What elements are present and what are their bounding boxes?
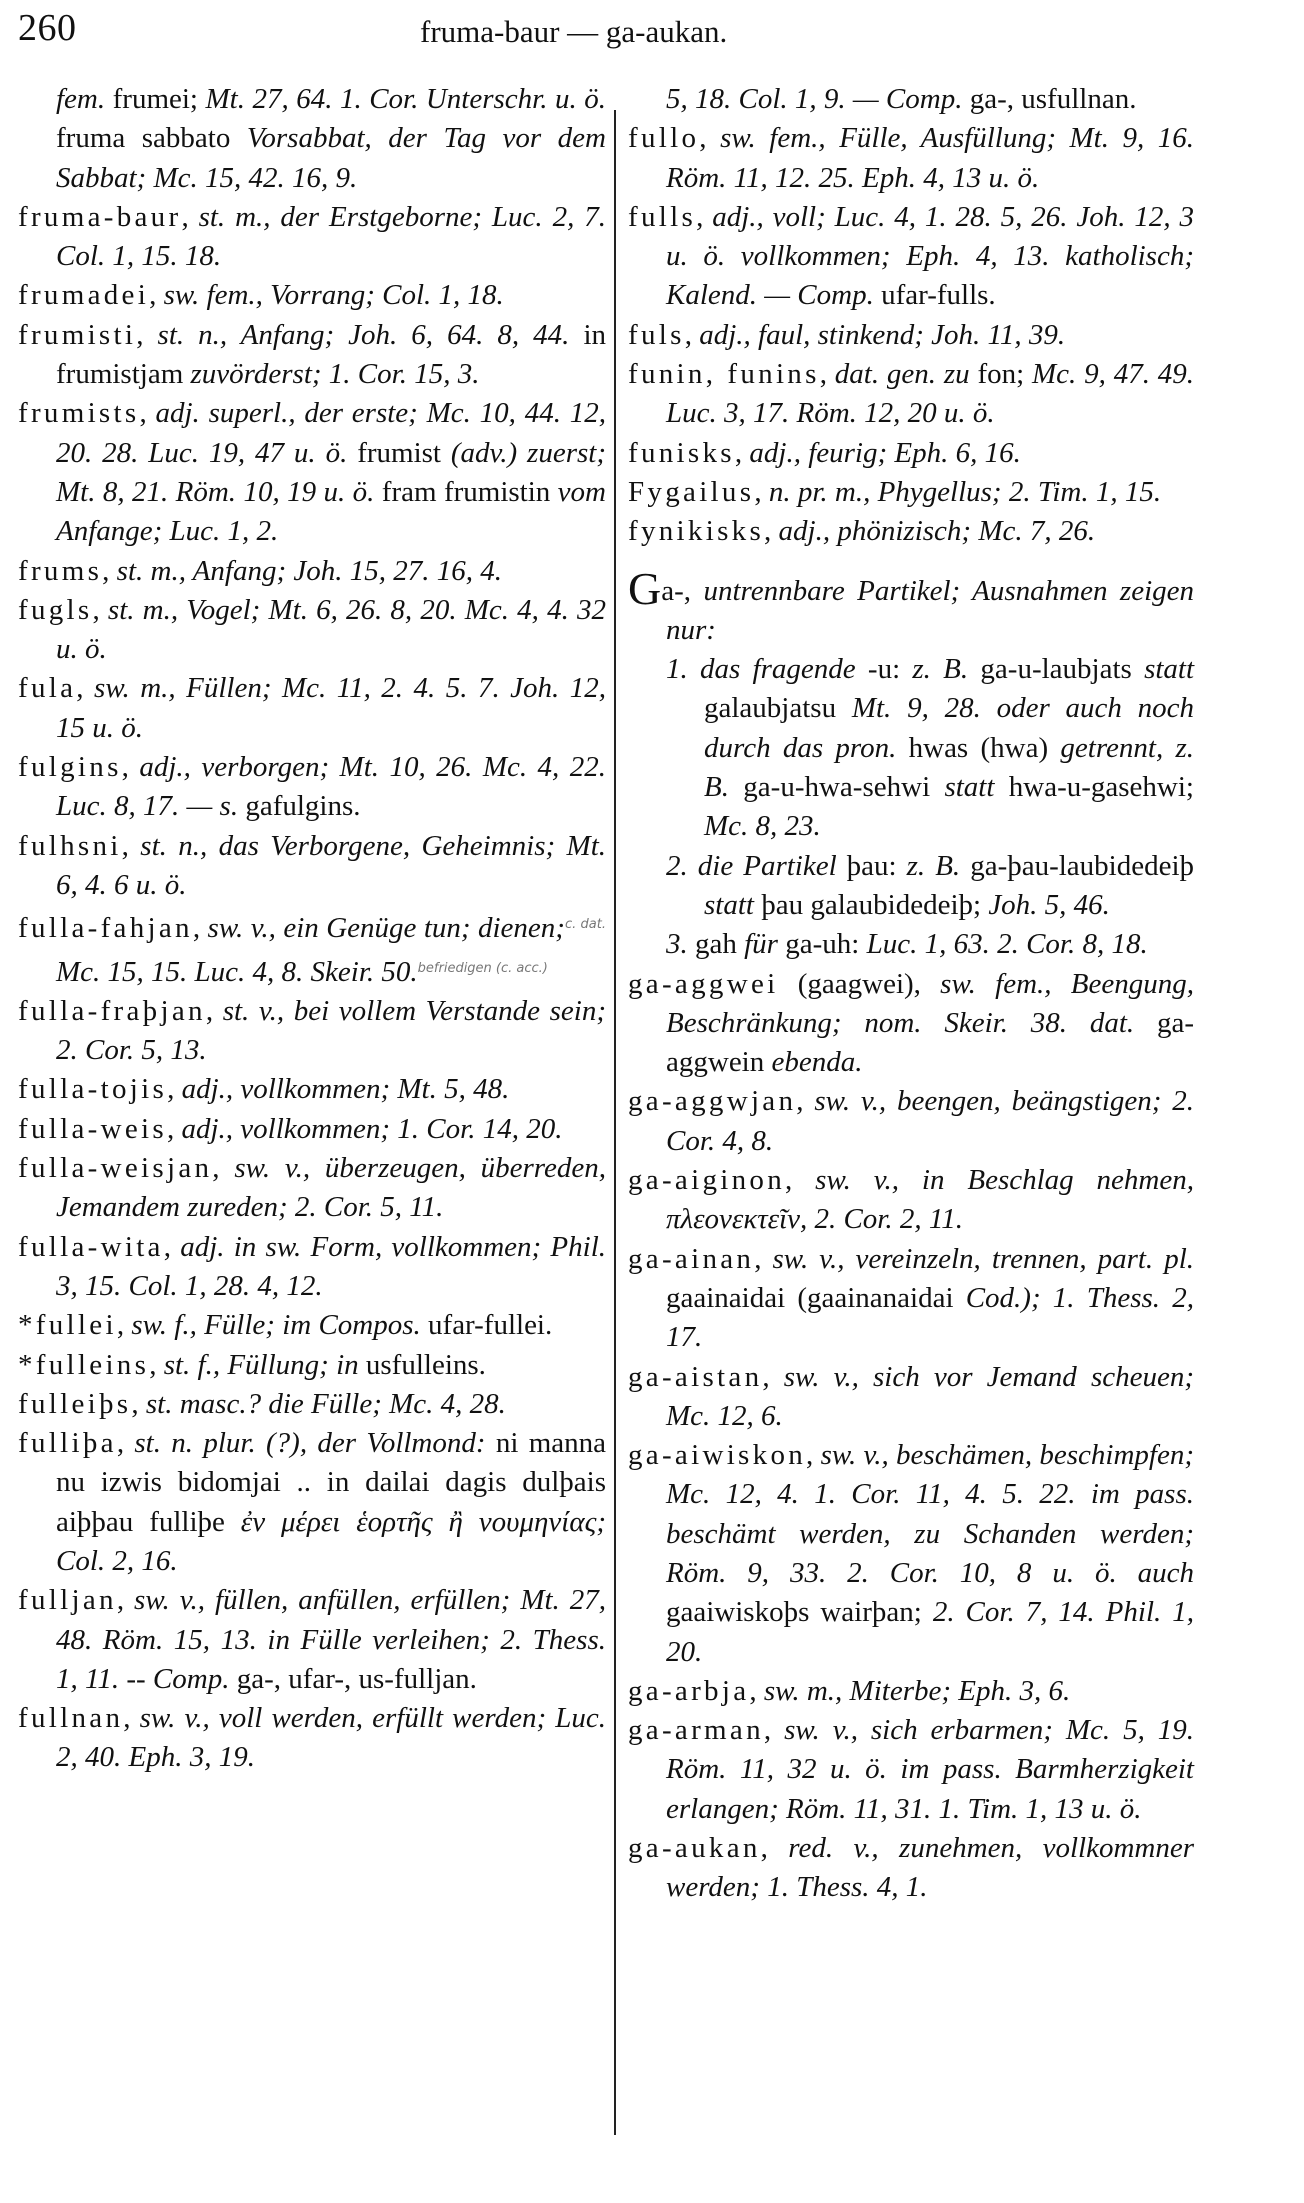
text-roman: usfulleins.: [359, 1349, 486, 1381]
text-roman: ,: [102, 555, 117, 587]
headword: fulla-weisjan: [18, 1152, 212, 1184]
definition-italic: adj., feurig; Eph. 6, 16.: [749, 437, 1020, 469]
subitem-number: 1.: [666, 653, 688, 685]
definition-italic: st. masc.? die Fülle; Mc. 4, 28.: [146, 1388, 506, 1420]
headword: *fulleins: [18, 1349, 149, 1381]
dictionary-entry: fulls, adj., voll; Luc. 4, 1. 28. 5, 26.…: [628, 198, 1194, 316]
headword: ga-aiwiskon: [628, 1439, 806, 1471]
headword: fula: [18, 672, 76, 704]
text-roman: ,: [206, 995, 223, 1027]
text-roman: ,: [212, 1152, 234, 1184]
text-roman: (gaagwei),: [778, 968, 940, 1000]
dictionary-entry: fugls, st. m., Vogel; Mt. 6, 26. 8, 20. …: [18, 591, 606, 670]
headword: fynikisks: [628, 515, 764, 547]
headword: ga-aiginon: [628, 1164, 785, 1196]
text-roman: fon;: [970, 358, 1032, 390]
text-roman: fruma sabbato: [56, 122, 247, 154]
definition-italic: Mt. 27, 64. 1. Cor. Unterschr. u. ö.: [205, 83, 606, 115]
dictionary-entry: fula, sw. m., Füllen; Mc. 11, 2. 4. 5. 7…: [18, 669, 606, 748]
dictionary-entry: *fullei, sw. f., Fülle; im Compos. ufar-…: [18, 1306, 606, 1345]
definition-italic: die Partikel: [698, 850, 837, 882]
text-roman: ,: [93, 594, 108, 626]
dictionary-entry: *fulleins, st. f., Füllung; in usfullein…: [18, 1346, 606, 1385]
ga-lead: a-,: [661, 575, 703, 607]
text-roman: fram frumistin: [374, 476, 557, 508]
text-roman: ,: [764, 515, 779, 547]
text-roman: ga-, usfullnan.: [962, 83, 1136, 115]
ga-subitem: 2. die Partikel þau: z. B. ga-þau-laubid…: [628, 847, 1194, 926]
text-roman: ,: [696, 201, 712, 233]
headword: fullo: [628, 122, 699, 154]
dictionary-entry: fulhsni, st. n., das Verborgene, Geheimn…: [18, 827, 606, 906]
text-roman: ga-þau-laubidedeiþ: [960, 850, 1194, 882]
definition-italic: z. B.: [907, 850, 961, 882]
text-roman: ,: [139, 397, 155, 429]
headword: ga-aukan: [628, 1832, 761, 1864]
text-roman: ,: [754, 476, 769, 508]
text-roman: ,: [167, 1113, 182, 1145]
right-column: 5, 18. Col. 1, 9. — Comp. ga-, usfullnan…: [628, 80, 1194, 1908]
definition-italic: Mc. 8, 23.: [704, 810, 821, 842]
dictionary-entry: frumists, adj. superl., der erste; Mc. 1…: [18, 394, 606, 551]
text-roman: ,: [136, 319, 157, 351]
definition-italic: st. f., Füllung; in: [164, 1349, 359, 1381]
left-column: fem. frumei; Mt. 27, 64. 1. Cor. Untersc…: [18, 80, 606, 1778]
entries-before-g: 5, 18. Col. 1, 9. — Comp. ga-, usfullnan…: [628, 80, 1194, 552]
definition-italic: statt: [1144, 653, 1194, 685]
text-roman: ,: [131, 1388, 146, 1420]
dictionary-entry: fulla-weisjan, sw. v., überzeugen, überr…: [18, 1149, 606, 1228]
headword: fulla-fahjan: [18, 912, 193, 944]
dictionary-entry: fulla-fraþjan, st. v., bei vollem Versta…: [18, 992, 606, 1071]
text-roman: ,: [149, 1349, 164, 1381]
text-roman: -u:: [856, 653, 913, 685]
dictionary-entry: funisks, adj., feurig; Eph. 6, 16.: [628, 434, 1194, 473]
headword: fulljan: [18, 1584, 117, 1616]
definition-italic: n. pr. m., Phygellus; 2. Tim. 1, 15.: [769, 476, 1161, 508]
dictionary-entry: Fygailus, n. pr. m., Phygellus; 2. Tim. …: [628, 473, 1194, 512]
headword: ga-arman: [628, 1714, 764, 1746]
text-roman: ,: [762, 1361, 783, 1393]
text-roman: ,: [735, 437, 750, 469]
text-roman: ,: [164, 1231, 180, 1263]
subitem-number: 3.: [666, 928, 688, 960]
page-number: 260: [18, 6, 77, 50]
headword: *fullei: [18, 1309, 117, 1341]
text-roman: gafulgins.: [238, 790, 360, 822]
definition-italic: das fragende: [700, 653, 856, 685]
ga-lead-definition: untrennbare Partikel; Ausnahmen zeigen n…: [666, 575, 1194, 646]
text-roman: ,: [117, 1584, 134, 1616]
headword: frumadei: [18, 279, 149, 311]
text-roman: ,: [122, 751, 140, 783]
dictionary-entry: frumisti, st. n., Anfang; Joh. 6, 64. 8,…: [18, 316, 606, 395]
headword: frumists: [18, 397, 139, 429]
ga-subitems: 1. das fragende -u: z. B. ga-u-laubjats …: [628, 650, 1194, 964]
subitem-number: 2.: [666, 850, 688, 882]
page-header: 260 fruma-baur — ga-aukan.: [0, 0, 1304, 80]
headword: fulleiþs: [18, 1388, 131, 1420]
text-roman: gah: [695, 928, 744, 960]
headword: frumisti: [18, 319, 136, 351]
text-roman: ,: [699, 122, 720, 154]
definition-italic: adj., faul, stinkend; Joh. 11, 39.: [699, 319, 1065, 351]
definition-italic: adj., phönizisch; Mc. 7, 26.: [779, 515, 1096, 547]
definition-italic: statt: [704, 889, 754, 921]
definition-italic: zuvörderst; 1. Cor. 15, 3.: [191, 358, 480, 390]
headword: fuls: [628, 319, 685, 351]
ga-section: Ga-, untrennbare Partikel; Ausnahmen zei…: [628, 572, 1194, 965]
text-roman: ,: [122, 830, 141, 862]
definition-italic: sw. m., Füllen; Mc. 11, 2. 4. 5. 7. Joh.…: [56, 672, 606, 743]
text-roman: ga-u-hwa-sehwi: [729, 771, 945, 803]
text-roman: ufar-fullei.: [421, 1309, 552, 1341]
text-roman: ,: [785, 1164, 815, 1196]
dictionary-entry: ga-ainan, sw. v., vereinzeln, trennen, p…: [628, 1240, 1194, 1358]
text-roman: ga-uh:: [778, 928, 867, 960]
text-roman: ,: [806, 1439, 821, 1471]
definition-italic: sw. v., vereinzeln, trennen, part. pl.: [773, 1243, 1195, 1275]
text-roman: ,: [685, 319, 700, 351]
text-roman: frumist: [347, 437, 451, 469]
definition-italic: für: [744, 928, 778, 960]
text-roman: þau galaubidedeiþ;: [754, 889, 988, 921]
text-roman: ,: [117, 1427, 135, 1459]
headword: fulgins: [18, 751, 122, 783]
definition-italic: sw. f., Fülle; im Compos.: [131, 1309, 420, 1341]
text-roman: frumei;: [105, 83, 205, 115]
dictionary-entry: fuls, adj., faul, stinkend; Joh. 11, 39.: [628, 316, 1194, 355]
dictionary-entry: fulla-tojis, adj., vollkommen; Mt. 5, 48…: [18, 1070, 606, 1109]
text-roman: gaainaidai (gaainanaidai: [666, 1282, 966, 1314]
headword: fugls: [18, 594, 93, 626]
section-initial: G: [628, 563, 661, 614]
text-roman: ,: [764, 1714, 784, 1746]
headword: fulla-weis: [18, 1113, 167, 1145]
definition-italic: sw. fem., Fülle, Ausfüllung; Mt. 9, 16. …: [666, 122, 1194, 193]
dictionary-entry: fem. frumei; Mt. 27, 64. 1. Cor. Untersc…: [18, 80, 606, 198]
text-roman: ga-u-laubjats: [968, 653, 1144, 685]
text-roman: ,: [749, 1675, 764, 1707]
text-roman: þau:: [837, 850, 907, 882]
definition-italic: adj., vollkommen; 1. Cor. 14, 20.: [181, 1113, 562, 1145]
dictionary-entry: ga-aiwiskon, sw. v., beschämen, beschimp…: [628, 1436, 1194, 1672]
headword: fruma-baur: [18, 201, 181, 233]
handwritten-annotation: c. dat.: [565, 917, 606, 932]
dictionary-entry: fulljan, sw. v., füllen, anfüllen, erfül…: [18, 1581, 606, 1699]
definition-italic: adj., vollkommen; Mt. 5, 48.: [182, 1073, 510, 1105]
definition-italic: z. B.: [912, 653, 968, 685]
headword: ga-ainan: [628, 1243, 754, 1275]
text-roman: ga-, ufar-, us-fulljan.: [229, 1663, 476, 1695]
text-roman: ,: [76, 672, 94, 704]
dictionary-entry: fulgins, adj., verborgen; Mt. 10, 26. Mc…: [18, 748, 606, 827]
text-roman: ,: [761, 1832, 789, 1864]
section-gap: [628, 552, 1194, 572]
dictionary-entry: fulleiþs, st. masc.? die Fülle; Mc. 4, 2…: [18, 1385, 606, 1424]
headword: funin, funins: [628, 358, 820, 390]
dictionary-entry: 5, 18. Col. 1, 9. — Comp. ga-, usfullnan…: [628, 80, 1194, 119]
definition-italic: sw. fem., Vorrang; Col. 1, 18.: [164, 279, 504, 311]
ga-prefix-entry: Ga-, untrennbare Partikel; Ausnahmen zei…: [628, 572, 1194, 651]
running-head: fruma-baur — ga-aukan.: [420, 14, 727, 50]
definition-italic: Joh. 5, 46.: [988, 889, 1110, 921]
dictionary-entry: frums, st. m., Anfang; Joh. 15, 27. 16, …: [18, 552, 606, 591]
text-roman: ,: [820, 358, 835, 390]
headword: funisks: [628, 437, 735, 469]
dictionary-entry: fynikisks, adj., phönizisch; Mc. 7, 26.: [628, 512, 1194, 551]
headword: fulla-wita: [18, 1231, 164, 1263]
dictionary-entry: funin, funins, dat. gen. zu fon; Mc. 9, …: [628, 355, 1194, 434]
dictionary-entry: fullnan, sw. v., voll werden, erfüllt we…: [18, 1699, 606, 1778]
definition-italic: st. m., Anfang; Joh. 15, 27. 16, 4.: [117, 555, 502, 587]
dictionary-entry: ga-arbja, sw. m., Miterbe; Eph. 3, 6.: [628, 1672, 1194, 1711]
headword: Fygailus: [628, 476, 754, 508]
definition-italic: dat. gen. zu: [835, 358, 970, 390]
text-roman: ,: [754, 1243, 772, 1275]
definition-italic: sw. v., ein Genüge tun; dienen;: [208, 912, 565, 944]
handwritten-annotation: befriedigen (c. acc.): [418, 961, 548, 976]
headword: frums: [18, 555, 102, 587]
headword: fulla-tojis: [18, 1073, 167, 1105]
headword: ga-aistan: [628, 1361, 762, 1393]
definition-italic: Mc. 15, 15. Luc. 4, 8. Skeir. 50.: [56, 956, 418, 988]
text-roman: ufar-fulls.: [874, 279, 996, 311]
definition-italic: st. m., Vogel; Mt. 6, 26. 8, 20. Mc. 4, …: [56, 594, 606, 665]
ga-subitem: 3. gah für ga-uh: Luc. 1, 63. 2. Cor. 8,…: [628, 925, 1194, 964]
dictionary-entry: frumadei, sw. fem., Vorrang; Col. 1, 18.: [18, 276, 606, 315]
definition-italic: st. n., Anfang; Joh. 6, 64. 8, 44.: [158, 319, 570, 351]
definition-italic: ebenda.: [772, 1046, 863, 1078]
entries-after-g: ga-aggwei (gaagwei), sw. fem., Beengung,…: [628, 965, 1194, 1908]
dictionary-entry: ga-aiginon, sw. v., in Beschlag nehmen, …: [628, 1161, 1194, 1240]
text-roman: hwa-u-gasehwi;: [994, 771, 1194, 803]
dictionary-entry: ga-aistan, sw. v., sich vor Jemand scheu…: [628, 1358, 1194, 1437]
column-divider: [614, 110, 616, 2135]
text-roman: galaubjatsu: [704, 692, 852, 724]
definition-italic: st. n. plur. (?), der Vollmond:: [134, 1427, 485, 1459]
dictionary-entry: fulla-wita, adj. in sw. Form, vollkommen…: [18, 1228, 606, 1307]
headword: fulliþa: [18, 1427, 117, 1459]
dictionary-entry: fulla-weis, adj., vollkommen; 1. Cor. 14…: [18, 1110, 606, 1149]
headword: fulhsni: [18, 830, 122, 862]
text-roman: ,: [123, 1702, 139, 1734]
dictionary-entry: fulliþa, st. n. plur. (?), der Vollmond:…: [18, 1424, 606, 1581]
text-roman: ,: [167, 1073, 182, 1105]
text-roman: ,: [181, 201, 198, 233]
dictionary-entry: ga-aukan, red. v., zunehmen, vollkommner…: [628, 1829, 1194, 1908]
text-roman: ,: [796, 1085, 814, 1117]
definition-italic: 5, 18. Col. 1, 9. — Comp.: [666, 83, 962, 115]
text-roman: hwas (hwa): [896, 732, 1060, 764]
dictionary-entry: ga-arman, sw. v., sich erbarmen; Mc. 5, …: [628, 1711, 1194, 1829]
dictionary-entry: ga-aggwjan, sw. v., beengen, beängstigen…: [628, 1082, 1194, 1161]
dictionary-entry: fulla-fahjan, sw. v., ein Genüge tun; di…: [18, 905, 606, 992]
definition-italic: statt: [944, 771, 994, 803]
headword: fullnan: [18, 1702, 123, 1734]
text-roman: ,: [193, 912, 208, 944]
headword: fulla-fraþjan: [18, 995, 206, 1027]
headword: ga-aggwei: [628, 968, 778, 1000]
definition-italic: Luc. 1, 63. 2. Cor. 8, 18.: [867, 928, 1148, 960]
text-roman: gaaiwiskoþs wairþan;: [666, 1596, 933, 1628]
headword: ga-aggwjan: [628, 1085, 796, 1117]
ga-subitem: 1. das fragende -u: z. B. ga-u-laubjats …: [628, 650, 1194, 846]
text-roman: ,: [117, 1309, 132, 1341]
dictionary-entry: fruma-baur, st. m., der Erstgeborne; Luc…: [18, 198, 606, 277]
headword: fulls: [628, 201, 696, 233]
dictionary-entry: ga-aggwei (gaagwei), sw. fem., Beengung,…: [628, 965, 1194, 1083]
headword: ga-arbja: [628, 1675, 749, 1707]
definition-italic: sw. m., Miterbe; Eph. 3, 6.: [764, 1675, 1070, 1707]
definition-italic: fem.: [56, 83, 105, 115]
text-roman: ,: [149, 279, 164, 311]
dictionary-entry: fullo, sw. fem., Fülle, Ausfüllung; Mt. …: [628, 119, 1194, 198]
